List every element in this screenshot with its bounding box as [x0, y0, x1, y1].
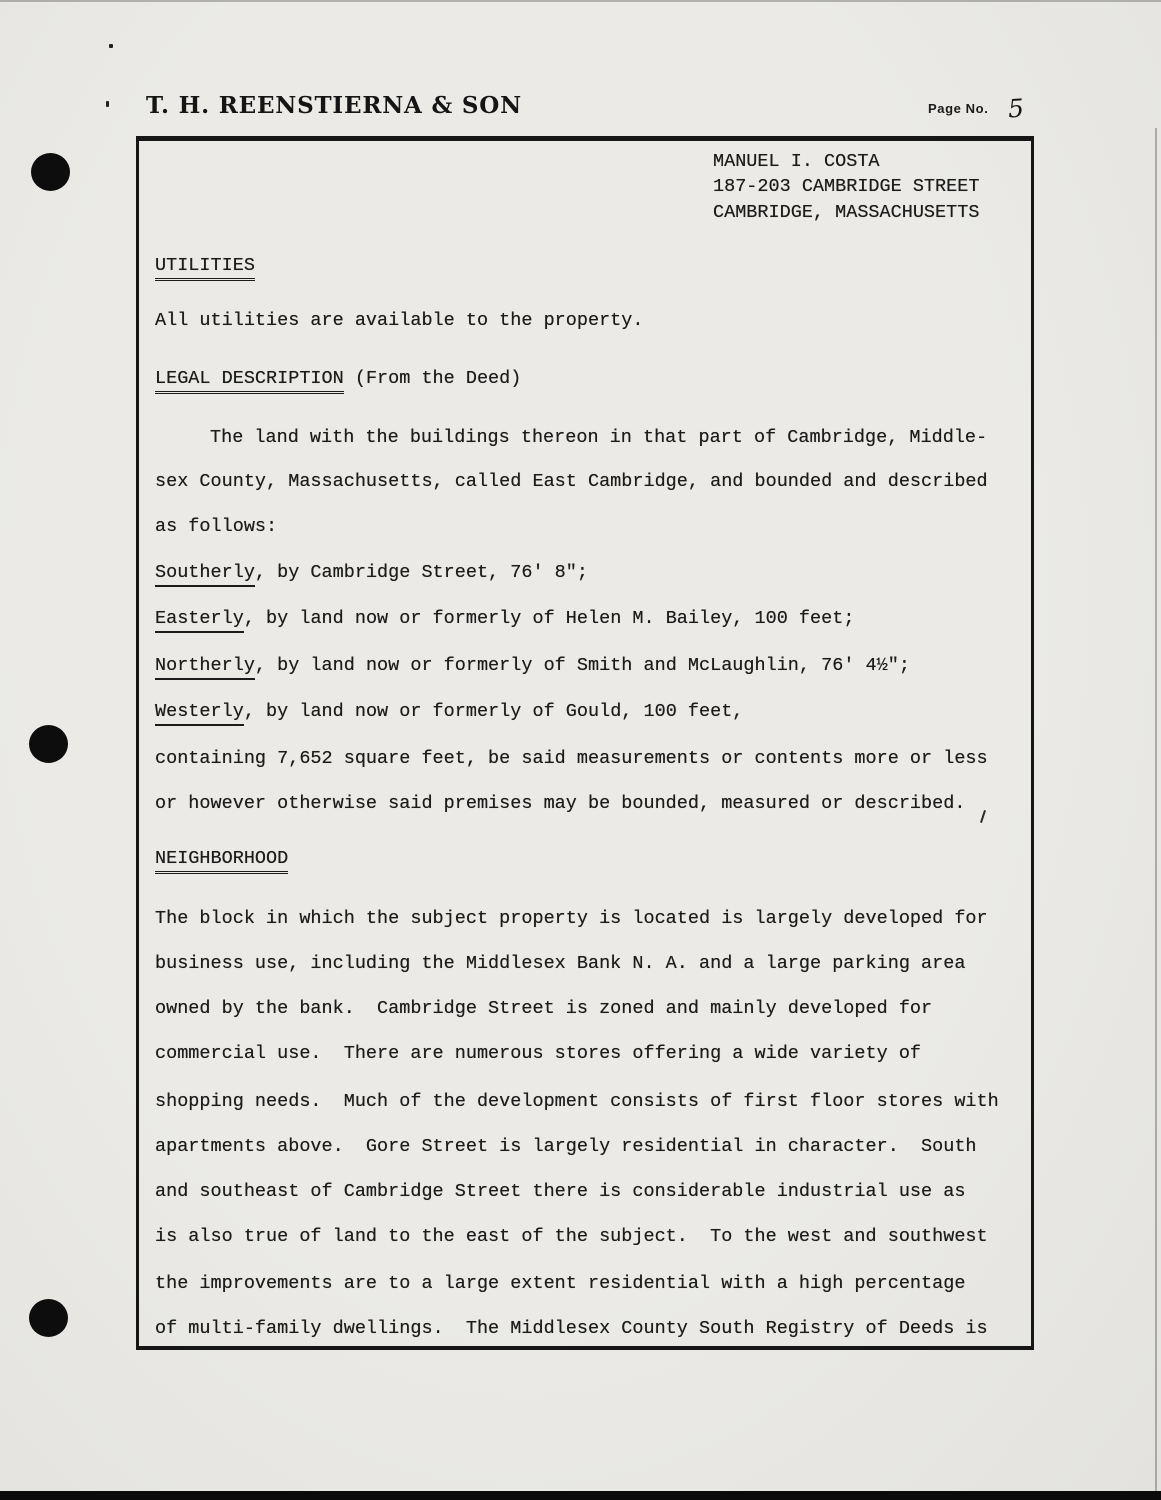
scan-speck [106, 101, 109, 107]
legal-paragraph-line: The land with the buildings thereon in t… [210, 427, 987, 449]
boundary-text: , by Cambridge Street, 76' 8"; [255, 562, 588, 583]
neighborhood-heading-text: NEIGHBORHOOD [155, 848, 288, 874]
boundary-text: , by land now or formerly of Gould, 100 … [244, 701, 744, 722]
boundary-line-easterly: Easterly, by land now or formerly of Hel… [155, 608, 854, 633]
legal-closing-line: or however otherwise said premises may b… [155, 793, 965, 815]
legal-heading-suffix: (From the Deed) [344, 368, 522, 389]
neighborhood-line: is also true of land to the east of the … [155, 1226, 988, 1248]
boundary-line-westerly: Westerly, by land now or formerly of Gou… [155, 701, 743, 726]
address-line-3: CAMBRIDGE, MASSACHUSETTS [713, 202, 979, 223]
firm-name: T. H. REENSTIERNA & SON [146, 92, 522, 119]
boundary-label: Northerly [155, 655, 255, 680]
address-block: MANUEL I. COSTA187-203 CAMBRIDGE STREETC… [713, 149, 979, 225]
boundary-text: , by land now or formerly of Helen M. Ba… [244, 608, 855, 629]
neighborhood-line: of multi-family dwellings. The Middlesex… [155, 1318, 988, 1340]
hole-punch [29, 1299, 68, 1337]
hole-punch [31, 153, 70, 191]
neighborhood-line: owned by the bank. Cambridge Street is z… [155, 998, 932, 1020]
neighborhood-section-heading: NEIGHBORHOOD [155, 848, 288, 874]
utilities-section-heading: UTILITIES [155, 255, 255, 281]
scan-edge-right [1155, 128, 1157, 1500]
scan-edge-bottom [0, 1491, 1161, 1500]
scan-speck [109, 44, 113, 48]
neighborhood-line: commercial use. There are numerous store… [155, 1043, 921, 1065]
utilities-body: All utilities are available to the prope… [155, 310, 643, 332]
page-number-value: 5 [1007, 93, 1025, 123]
legal-paragraph-line: sex County, Massachusetts, called East C… [155, 471, 988, 493]
scan-edge-top [0, 0, 1161, 2]
neighborhood-line: The block in which the subject property … [155, 908, 988, 930]
boundary-label: Easterly [155, 608, 244, 633]
neighborhood-line: the improvements are to a large extent r… [155, 1273, 965, 1295]
legal-section-heading: LEGAL DESCRIPTION (From the Deed) [155, 368, 521, 394]
boundary-line-northerly: Northerly, by land now or formerly of Sm… [155, 655, 910, 680]
boundary-label: Southerly [155, 562, 255, 587]
boundary-label: Westerly [155, 701, 244, 726]
address-line-2: 187-203 CAMBRIDGE STREET [713, 176, 979, 197]
neighborhood-line: and southeast of Cambridge Street there … [155, 1181, 965, 1203]
neighborhood-line: apartments above. Gore Street is largely… [155, 1136, 977, 1158]
legal-heading-text: LEGAL DESCRIPTION [155, 368, 344, 394]
boundary-text: , by land now or formerly of Smith and M… [255, 655, 910, 676]
hole-punch [29, 725, 68, 763]
utilities-heading-text: UTILITIES [155, 255, 255, 281]
legal-closing-line: containing 7,652 square feet, be said me… [155, 748, 988, 770]
page-number-label: Page No. [928, 101, 988, 116]
address-line-1: MANUEL I. COSTA [713, 151, 880, 172]
neighborhood-line: business use, including the Middlesex Ba… [155, 953, 965, 975]
boundary-line-southerly: Southerly, by Cambridge Street, 76' 8"; [155, 562, 588, 587]
neighborhood-line: shopping needs. Much of the development … [155, 1091, 999, 1113]
scanned-document-page: T. H. REENSTIERNA & SON Page No. 5 MANUE… [0, 0, 1161, 1500]
legal-paragraph-line: as follows: [155, 516, 277, 538]
